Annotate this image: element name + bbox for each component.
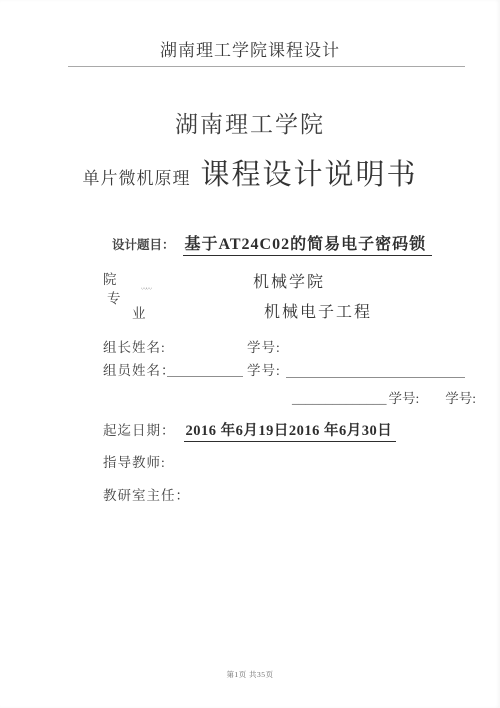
date-row: 起迄日期： 2016 年6月19日2016 年6月30日 <box>103 419 396 442</box>
major-label-top: 专 <box>107 287 122 307</box>
tiny-scribble-mark: 〰〰 <box>141 284 151 293</box>
extra-id-row: ______________ 学号: 学号: <box>292 387 476 407</box>
running-header: 湖南理工学院课程设计 <box>0 36 500 61</box>
course-name: 单片微机原理 <box>82 164 190 189</box>
extra-id-label-2: 学号: <box>445 387 476 407</box>
leader-name-label: 组长姓名: <box>103 336 166 356</box>
design-topic-label: 设计题目： <box>112 235 175 253</box>
main-title-row: 单片微机原理 课程设计说明书 <box>0 152 500 193</box>
header-divider <box>68 66 465 67</box>
date-label: 起迄日期： <box>103 419 176 439</box>
design-topic-row: 设计题目： 基于AT24C02的简易电子密码锁 <box>112 231 432 256</box>
advisor-label: 指导教师: <box>103 451 166 471</box>
member-name-underline <box>167 376 243 377</box>
college-label: 院 <box>103 268 118 288</box>
college-value: 机械学院 <box>253 269 325 292</box>
major-value: 机械电子工程 <box>264 299 372 322</box>
extra-id-label-1: 学号: <box>389 387 420 407</box>
design-topic-value: 基于AT24C02的简易电子密码锁 <box>183 231 433 256</box>
date-value: 2016 年6月19日2016 年6月30日 <box>184 419 397 442</box>
director-label: 教研室主任： <box>103 484 190 504</box>
member-name-label: 组员姓名： <box>103 359 176 379</box>
blank-fill-line: ______________ <box>292 391 387 407</box>
member-id-underline <box>286 377 465 378</box>
leader-id-label: 学号: <box>247 336 281 356</box>
document-page: 湖南理工学院课程设计 湖南理工学院 单片微机原理 课程设计说明书 设计题目： 基… <box>0 0 500 708</box>
school-title: 湖南理工学院 <box>0 106 500 139</box>
doc-type-title: 课程设计说明书 <box>200 152 417 193</box>
member-id-label: 学号: <box>247 359 281 379</box>
page-number-footer: 第1页 共35页 <box>0 669 500 680</box>
major-label-bottom: 业 <box>132 302 147 322</box>
